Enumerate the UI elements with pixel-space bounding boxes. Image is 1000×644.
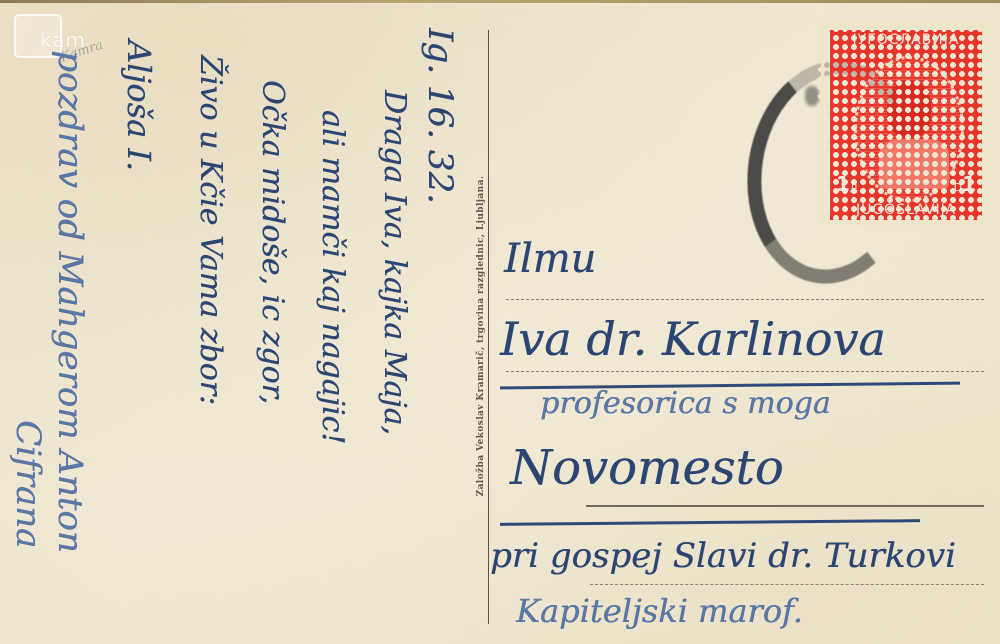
publisher-imprint: Založba Vekoslav Kramarič, trgovina razg… bbox=[476, 36, 490, 636]
card-edge bbox=[0, 0, 1000, 3]
king-portrait-icon bbox=[887, 81, 931, 137]
stamp-portrait-oval bbox=[854, 56, 964, 202]
address-town: Novomesto bbox=[510, 440, 784, 496]
address-rule-1 bbox=[506, 299, 984, 300]
address-salutation: Ilmu bbox=[504, 236, 596, 282]
stamp-value-left: 1Д bbox=[836, 172, 858, 196]
stamp-value-right-number: 1 bbox=[962, 172, 976, 196]
postage-stamp: ЈУГОСЛАВИЈА 1Д D1 JUGOSLAVIJA bbox=[818, 20, 992, 228]
message-signature: Aljoša I. bbox=[120, 40, 158, 171]
stamp-face: ЈУГОСЛАВИЈА 1Д D1 JUGOSLAVIJA bbox=[830, 30, 982, 220]
stamp-value-right: D1 bbox=[954, 172, 976, 196]
message-date: Ig. 16. 32. bbox=[420, 28, 460, 204]
postmark-smudge bbox=[805, 86, 819, 106]
address-care-of: pri gospej Slavi dr. Turkovi bbox=[490, 536, 956, 576]
stamp-value-right-unit: D bbox=[954, 181, 962, 194]
message-closing: Cifrana bbox=[8, 420, 48, 548]
stamp-country-cyrillic: ЈУГОСЛАВИЈА bbox=[830, 32, 982, 48]
address-street: Kapiteljski marof. bbox=[516, 592, 803, 630]
address-rule-2 bbox=[506, 371, 984, 372]
stamp-country-latin: JUGOSLAVIJA bbox=[830, 202, 982, 218]
stamp-value-left-number: 1 bbox=[836, 172, 850, 196]
message-line-1: Draga Iva, kajka Maja, bbox=[377, 90, 412, 435]
postcard-back: kam Kamra Založba Vekoslav Kramarič, trg… bbox=[0, 0, 1000, 644]
handwritten-underline-2 bbox=[500, 519, 920, 526]
message-line-2: ali mamči kaj nagajic! bbox=[315, 110, 350, 444]
message-line-4: Živo u Kčie Vama zbor: bbox=[193, 55, 228, 405]
address-recipient-name: Iva dr. Karlinova bbox=[500, 312, 886, 366]
stamp-value-left-unit: Д bbox=[850, 183, 858, 194]
address-recipient-title: profesorica s moga bbox=[540, 386, 831, 421]
message-greeting: pozdrav od Mahgerom Anton bbox=[50, 50, 90, 553]
uniform-collar-icon bbox=[879, 139, 949, 189]
message-line-3: Očka midoše, ic zgor, bbox=[255, 80, 290, 404]
address-rule-4 bbox=[590, 584, 984, 585]
address-rule-3 bbox=[586, 505, 984, 507]
